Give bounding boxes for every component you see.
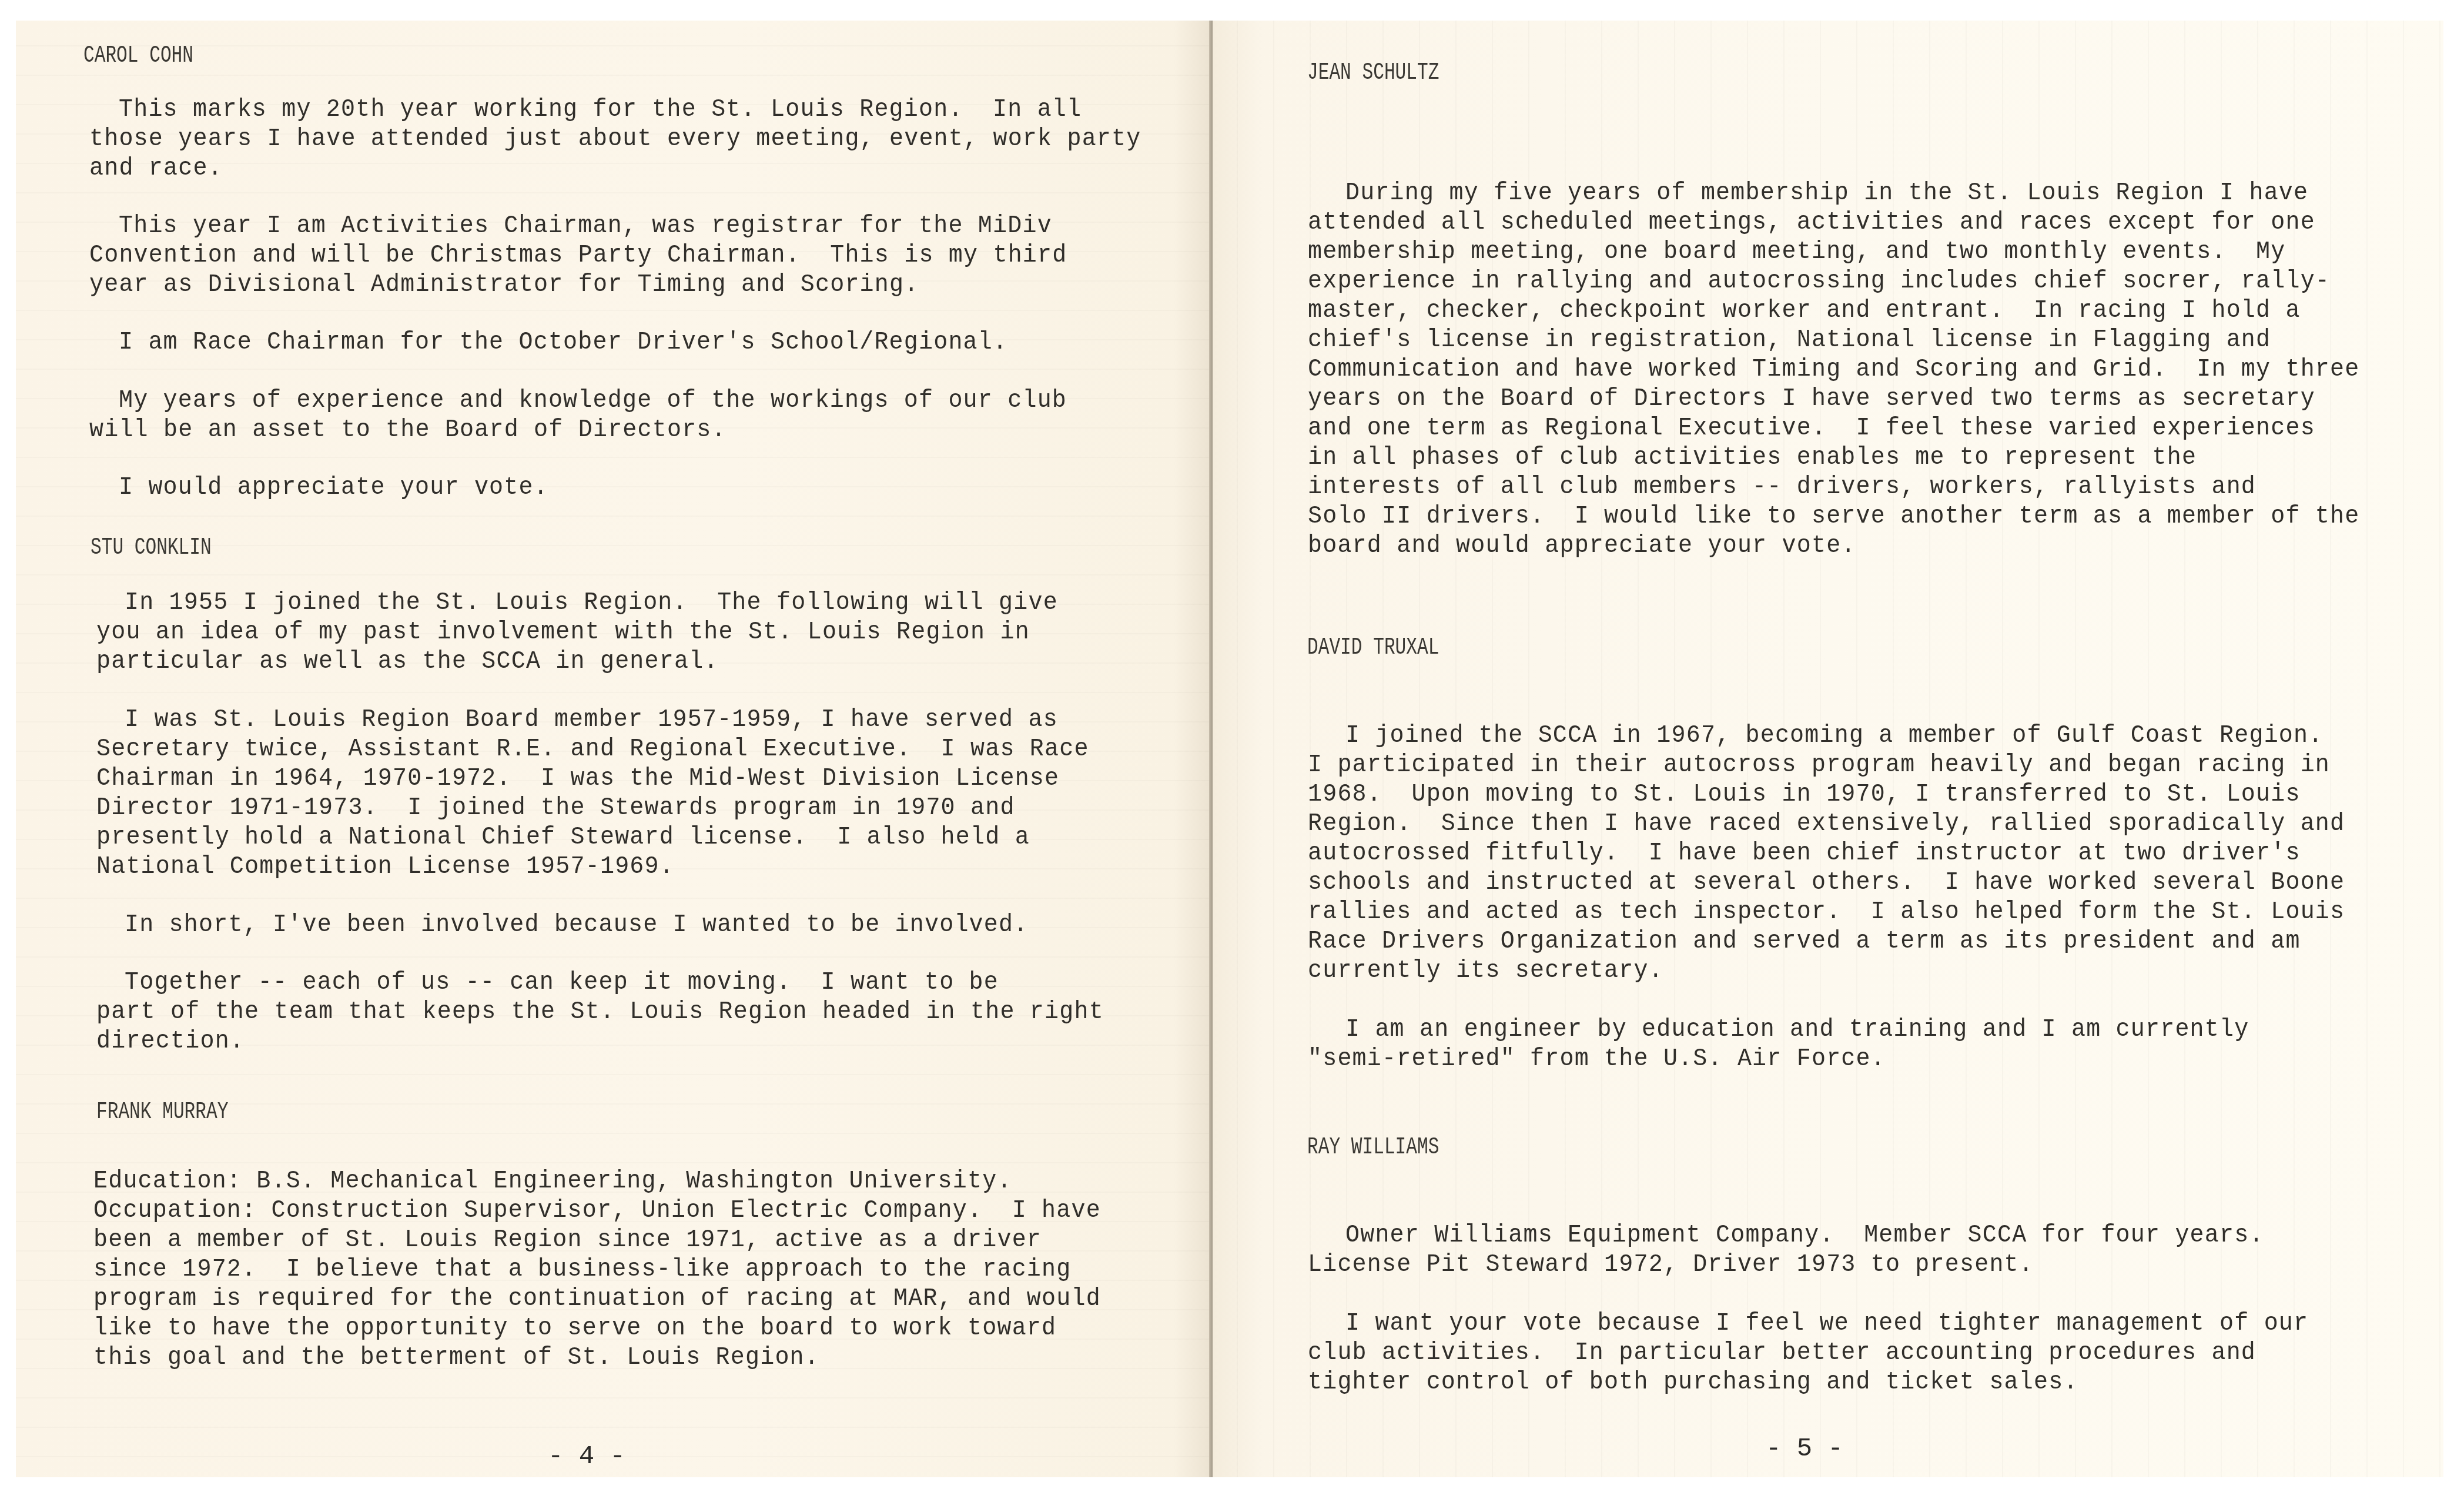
text-line: Owner Williams Equipment Company. Member… — [1345, 1220, 2264, 1252]
text-line: this goal and the betterment of St. Loui… — [93, 1342, 819, 1374]
text-line: program is required for the continuation… — [93, 1283, 1101, 1315]
text-line: License Pit Steward 1972, Driver 1973 to… — [1308, 1249, 2034, 1281]
text-line: club activities. In particular better ac… — [1308, 1337, 2256, 1369]
page-5: JEAN SCHULTZ During my five years of mem… — [1213, 21, 2443, 1477]
text-line: I want your vote because I feel we need … — [1345, 1308, 2308, 1340]
text-line: tighter control of both purchasing and t… — [1308, 1367, 2078, 1398]
text-line: been a member of St. Louis Region since … — [93, 1224, 1042, 1256]
page-number: - 5 - — [1766, 1434, 1843, 1464]
text-line: Occupation: Construction Supervisor, Uni… — [93, 1195, 1101, 1227]
text-line: Education: B.S. Mechanical Engineering, … — [93, 1166, 1012, 1197]
candidate-name: FRANK MURRAY — [96, 1096, 228, 1128]
candidate-name: RAY WILLIAMS — [1307, 1132, 1439, 1163]
scanned-document-spread: CAROL COHN This marks my 20th year worki… — [0, 0, 2464, 1499]
page-number: - 4 - — [548, 1442, 625, 1471]
candidate-ray-williams: RAY WILLIAMS Owner Williams Equipment Co… — [1213, 21, 2443, 1477]
page-4: CAROL COHN This marks my 20th year worki… — [16, 21, 1210, 1477]
text-line: like to have the opportunity to serve on… — [93, 1313, 1056, 1344]
candidate-frank-murray: FRANK MURRAY Education: B.S. Mechanical … — [16, 21, 1210, 1477]
text-line: since 1972. I believe that a business-li… — [93, 1254, 1071, 1286]
